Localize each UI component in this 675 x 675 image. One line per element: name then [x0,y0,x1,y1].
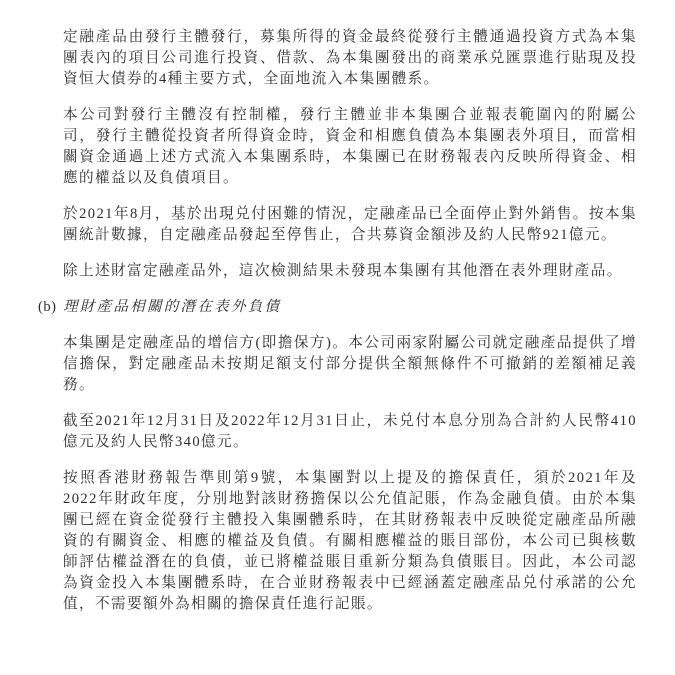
section-b-heading: (b) 理財產品相關的潛在表外負債 [38,297,637,318]
section-b-title: 理財產品相關的潛在表外負債 [63,297,637,318]
document-page: 定融產品由發行主體發行，募集所得的資金最終從發行主體通過投資方式為本集團表內的項… [0,0,675,675]
section-b-marker: (b) [38,297,57,318]
paragraph-no-control: 本公司對發行主體沒有控制權，發行主體並非本集團合並報表範圍內的附屬公司，發行主體… [63,105,637,189]
paragraph-credit-enhancement: 本集團是定融產品的增信方(即擔保方)。本公司兩家附屬公司就定融產品提供了增信擔保… [63,333,637,396]
paragraph-sales-halt-2021: 於2021年8月，基於出現兑付困難的情況，定融產品已全面停止對外銷售。按本集團統… [63,204,637,246]
paragraph-no-other-products: 除上述財富定融產品外，這次檢測結果未發現本集團有其他潛在表外理財產品。 [63,261,637,282]
paragraph-unpaid-principal-interest: 截至2021年12月31日及2022年12月31日止，未兑付本息分別為合計約人民… [63,411,637,453]
paragraph-hkfrs9-accounting: 按照香港財務報告準則第9號，本集團對以上提及的擔保責任，須於2021年及2022… [63,468,637,615]
paragraph-funding-flow: 定融產品由發行主體發行，募集所得的資金最終從發行主體通過投資方式為本集團表內的項… [63,27,637,90]
